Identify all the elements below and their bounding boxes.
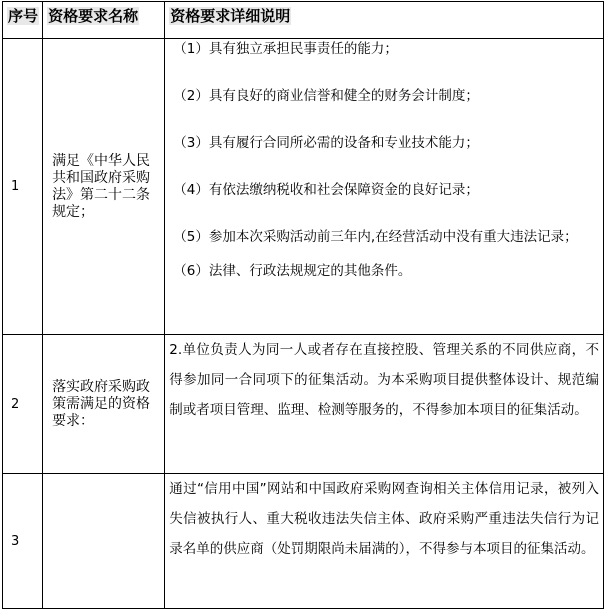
requirement-item: （5）参加本次采购活动前三年内,在经营活动中没有重大违法记录； [169,220,599,255]
row-index: 3 [3,474,43,609]
row-index: 2 [3,335,43,474]
row-detail: （1）具有独立承担民事责任的能力； （2）具有良好的商业信誉和健全的财务会计制度… [165,39,604,335]
header-index: 序号 [3,2,43,39]
row-name [43,474,165,609]
header-name-label: 资格要求名称 [47,7,139,25]
header-detail-label: 资格要求详细说明 [169,7,291,25]
row-detail: 通过“信用中国”网站和中国政府采购网查询相关主体信用记录，被列入失信被执行人、重… [165,474,604,609]
qualification-requirements-table: 序号 资格要求名称 资格要求详细说明 1 满足《中华人民共和国政府采购法》第二十… [2,1,604,609]
header-detail: 资格要求详细说明 [165,2,604,39]
requirement-paragraph: 2.单位负责人为同一人或者存在直接控股、管理关系的不同供应商，不得参加同一合同项… [169,335,599,425]
requirement-item: （6）法律、行政法规规定的其他条件。 [169,261,599,308]
row-detail: 2.单位负责人为同一人或者存在直接控股、管理关系的不同供应商，不得参加同一合同项… [165,335,604,474]
table-row: 2 落实政府采购政策需满足的资格要求： 2.单位负责人为同一人或者存在直接控股、… [3,335,604,474]
table-row: 3 通过“信用中国”网站和中国政府采购网查询相关主体信用记录，被列入失信被执行人… [3,474,604,609]
requirement-paragraph: 通过“信用中国”网站和中国政府采购网查询相关主体信用记录，被列入失信被执行人、重… [169,474,599,564]
row-index: 1 [3,39,43,335]
table-header-row: 序号 资格要求名称 资格要求详细说明 [3,2,604,39]
requirement-item: （3）具有履行合同所必需的设备和专业技术能力； [169,133,599,180]
header-name: 资格要求名称 [43,2,165,39]
row-name: 落实政府采购政策需满足的资格要求： [43,335,165,474]
header-index-label: 序号 [7,7,39,25]
requirement-item: （1）具有独立承担民事责任的能力； [169,39,599,86]
row-name: 满足《中华人民共和国政府采购法》第二十二条规定； [43,39,165,335]
table-row: 1 满足《中华人民共和国政府采购法》第二十二条规定； （1）具有独立承担民事责任… [3,39,604,335]
requirement-item: （2）具有良好的商业信誉和健全的财务会计制度； [169,86,599,133]
